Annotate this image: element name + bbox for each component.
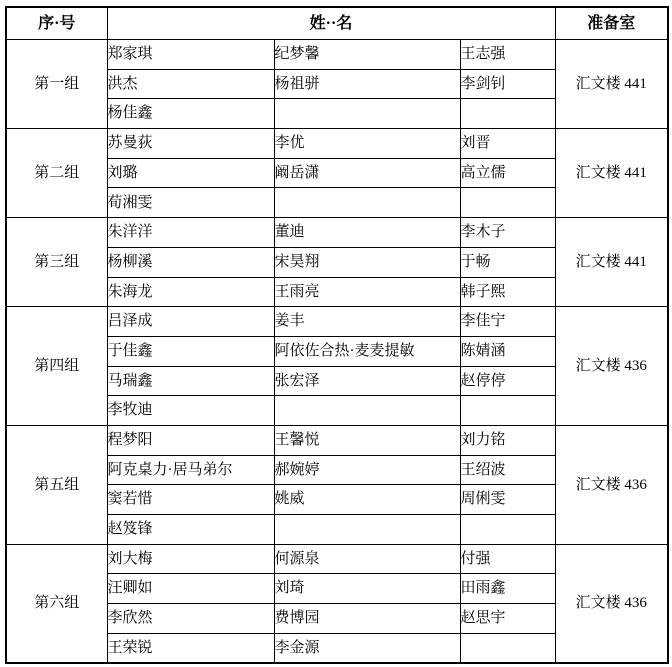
name-cell: 于畅 <box>460 247 555 277</box>
name-cell: 阿依佐合热·麦麦提敏 <box>274 336 460 366</box>
document-page: 序·号 姓··名 准备室 第一组郑家琪纪梦馨王志强汇文楼 441洪杰杨祖骈李剑钊… <box>0 0 672 667</box>
name-cell: 姚威 <box>274 485 460 515</box>
name-cell: 李金源 <box>274 633 460 663</box>
table-row: 第三组朱洋洋董迪李木子汇文楼 441 <box>6 218 668 248</box>
name-cell: 张宏泽 <box>274 366 460 396</box>
table-row: 第一组郑家琪纪梦馨王志强汇文楼 441 <box>6 40 668 70</box>
name-cell: 何源泉 <box>274 544 460 574</box>
name-cell: 刘琦 <box>274 574 460 604</box>
name-cell: 阿克桌力·居马弟尔 <box>107 455 274 485</box>
name-cell: 赵停停 <box>460 366 555 396</box>
name-cell: 杨柳溪 <box>107 247 274 277</box>
name-cell: 李剑钊 <box>460 69 555 99</box>
name-cell: 周俐雯 <box>460 485 555 515</box>
name-cell <box>274 99 460 129</box>
name-cell: 李木子 <box>460 218 555 248</box>
name-cell: 郑家琪 <box>107 40 274 70</box>
name-cell: 高立儒 <box>460 158 555 188</box>
name-cell: 刘力铭 <box>460 425 555 455</box>
name-cell: 付强 <box>460 544 555 574</box>
name-cell: 王荣锐 <box>107 633 274 663</box>
name-cell: 董迪 <box>274 218 460 248</box>
name-cell: 刘晋 <box>460 129 555 159</box>
name-cell: 苏曼荻 <box>107 129 274 159</box>
name-cell <box>274 188 460 218</box>
name-cell: 宋昊翔 <box>274 247 460 277</box>
name-cell: 朱洋洋 <box>107 218 274 248</box>
table-row: 第五组程梦阳王馨悦刘力铭汇文楼 436 <box>6 425 668 455</box>
name-cell: 陈婧涵 <box>460 336 555 366</box>
name-cell: 赵笈锋 <box>107 515 274 545</box>
room-cell: 汇文楼 436 <box>555 307 668 426</box>
name-cell <box>460 515 555 545</box>
room-cell: 汇文楼 441 <box>555 40 668 129</box>
name-cell: 朱海龙 <box>107 277 274 307</box>
header-prep-room: 准备室 <box>555 7 668 40</box>
table-row: 第六组刘大梅何源泉付强汇文楼 436 <box>6 544 668 574</box>
name-cell: 吕泽成 <box>107 307 274 337</box>
name-cell: 纪梦馨 <box>274 40 460 70</box>
name-cell: 刘大梅 <box>107 544 274 574</box>
name-cell: 杨祖骈 <box>274 69 460 99</box>
name-cell <box>460 188 555 218</box>
room-cell: 汇文楼 436 <box>555 425 668 544</box>
name-cell: 汪卿如 <box>107 574 274 604</box>
group-label: 第二组 <box>6 129 107 218</box>
name-cell: 程梦阳 <box>107 425 274 455</box>
header-name: 姓··名 <box>107 7 555 40</box>
schedule-table: 序·号 姓··名 准备室 第一组郑家琪纪梦馨王志强汇文楼 441洪杰杨祖骈李剑钊… <box>5 6 669 664</box>
name-cell: 李欣然 <box>107 604 274 634</box>
room-cell: 汇文楼 441 <box>555 129 668 218</box>
name-cell: 马瑞鑫 <box>107 366 274 396</box>
name-cell: 田雨鑫 <box>460 574 555 604</box>
group-label: 第五组 <box>6 425 107 544</box>
name-cell: 王绍波 <box>460 455 555 485</box>
name-cell: 郝婉婷 <box>274 455 460 485</box>
name-cell: 洪杰 <box>107 69 274 99</box>
name-cell: 费博园 <box>274 604 460 634</box>
name-cell: 于佳鑫 <box>107 336 274 366</box>
name-cell: 李优 <box>274 129 460 159</box>
name-cell: 阚岳潇 <box>274 158 460 188</box>
name-cell: 李牧迪 <box>107 396 274 426</box>
table-body: 第一组郑家琪纪梦馨王志强汇文楼 441洪杰杨祖骈李剑钊杨佳鑫第二组苏曼荻李优刘晋… <box>6 40 668 663</box>
name-cell: 姜丰 <box>274 307 460 337</box>
room-cell: 汇文楼 441 <box>555 218 668 307</box>
name-cell: 赵思宇 <box>460 604 555 634</box>
name-cell <box>460 99 555 129</box>
group-label: 第三组 <box>6 218 107 307</box>
name-cell: 杨佳鑫 <box>107 99 274 129</box>
name-cell <box>274 515 460 545</box>
name-cell: 王雨亮 <box>274 277 460 307</box>
table-row: 第四组吕泽成姜丰李佳宁汇文楼 436 <box>6 307 668 337</box>
name-cell <box>460 633 555 663</box>
header-row: 序·号 姓··名 准备室 <box>6 7 668 40</box>
name-cell: 李佳宁 <box>460 307 555 337</box>
name-cell: 王志强 <box>460 40 555 70</box>
name-cell: 韩子熙 <box>460 277 555 307</box>
header-serial-number: 序·号 <box>6 7 107 40</box>
name-cell: 王馨悦 <box>274 425 460 455</box>
table-row: 第二组苏曼荻李优刘晋汇文楼 441 <box>6 129 668 159</box>
group-label: 第四组 <box>6 307 107 426</box>
name-cell: 荀湘雯 <box>107 188 274 218</box>
group-label: 第六组 <box>6 544 107 663</box>
name-cell: 窦若惜 <box>107 485 274 515</box>
name-cell: 刘璐 <box>107 158 274 188</box>
room-cell: 汇文楼 436 <box>555 544 668 663</box>
name-cell <box>274 396 460 426</box>
name-cell <box>460 396 555 426</box>
group-label: 第一组 <box>6 40 107 129</box>
